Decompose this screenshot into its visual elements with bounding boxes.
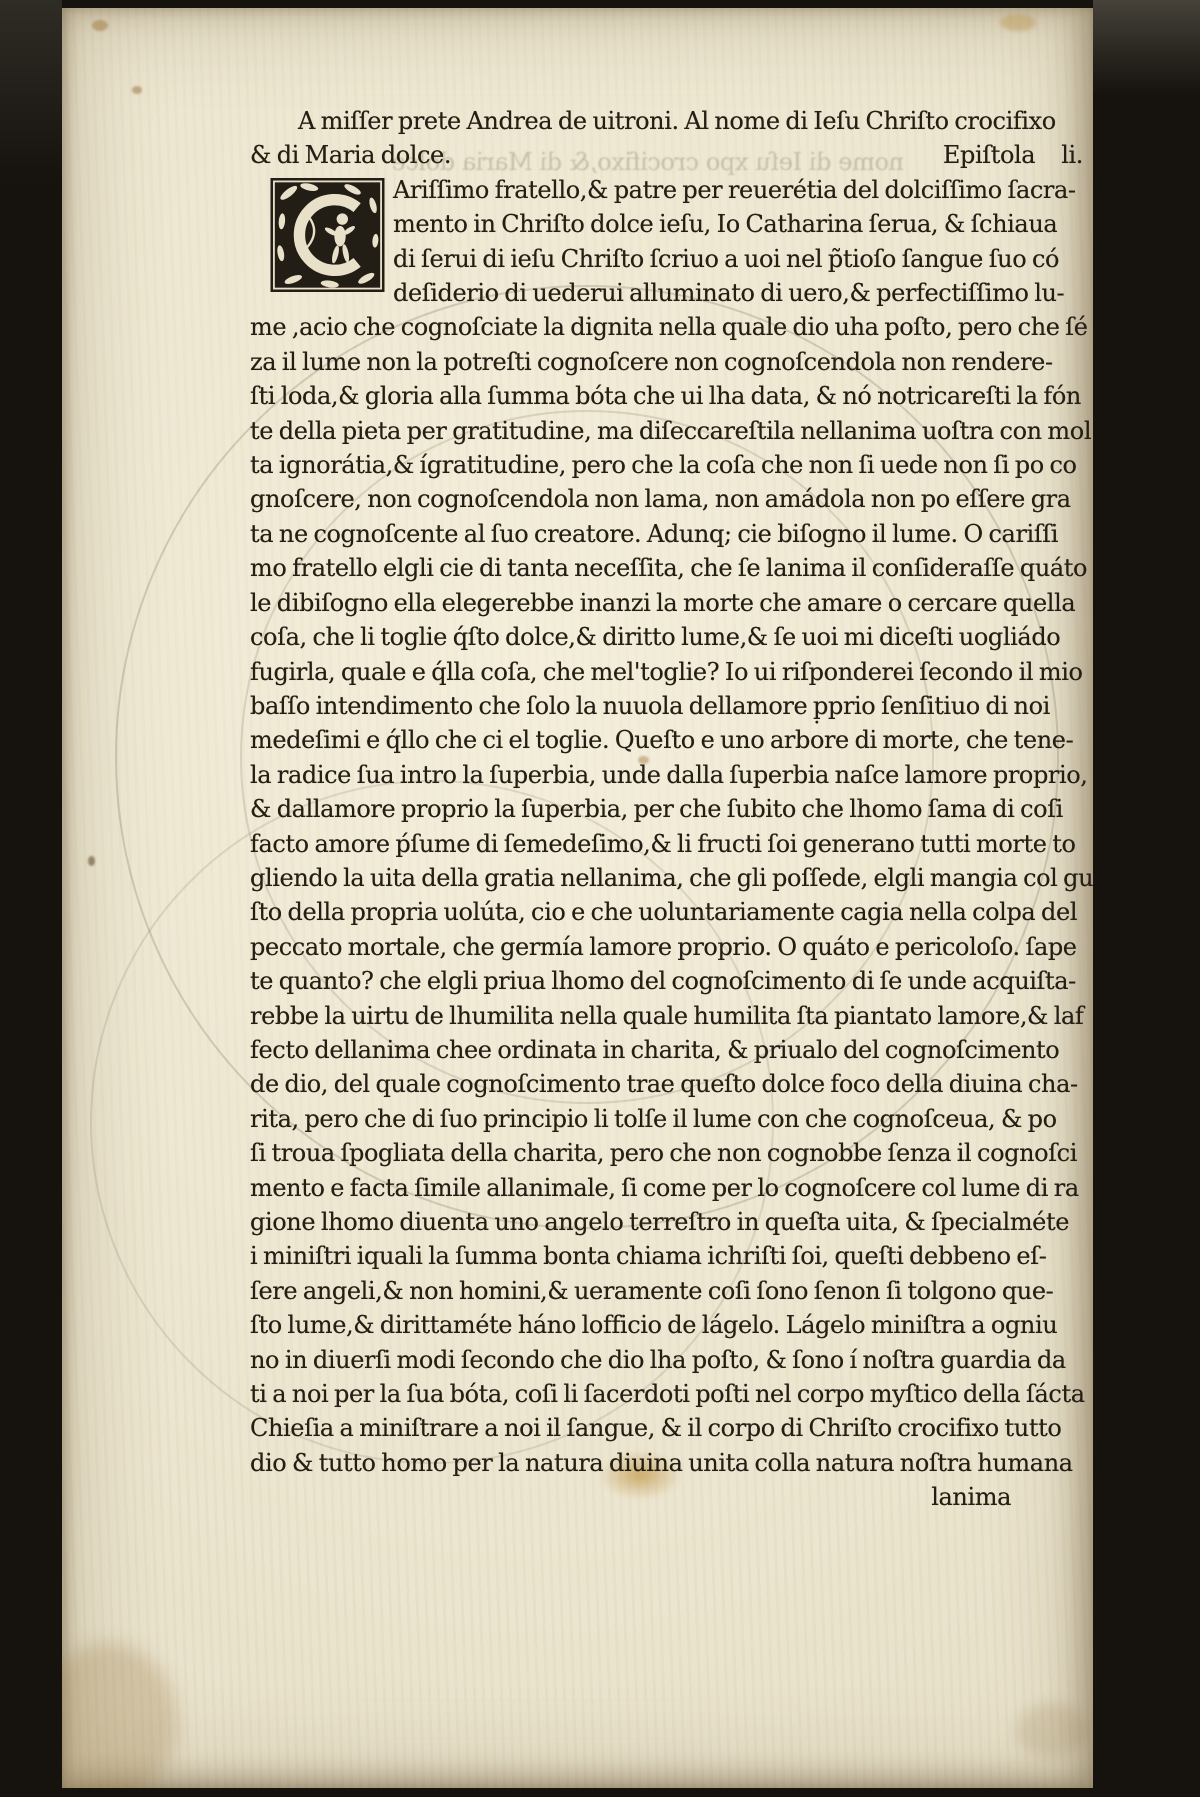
heading-line-1: A miſſer prete Andrea de uitroni. Al nom… [250,104,1093,138]
text-line: peccato mortale, che germía lamore propr… [250,930,1093,964]
text-line: ſto della propria uolúta, cio e che uolu… [250,895,1093,929]
text-line: la radice ſua intro la ſuperbia, unde da… [250,758,1093,792]
book-page: nome di Ieſu xpo crocifixo,& di Maria do… [62,8,1093,1788]
text-line: rita, pero che di ſuo principio li tolſe… [250,1102,1093,1136]
heading-line-2: & di Maria dolce. Epiſtola li. [250,138,1093,172]
text-line: te quanto? che elgli priua lhomo del cog… [250,964,1093,998]
text-line: de dio, del quale cognoſcimento trae que… [250,1067,1093,1101]
epistola-number: li. [1061,138,1083,172]
catchword: lanima [250,1480,1093,1514]
text-line: coſa, che li toglie q́ſto dolce,& diritt… [250,620,1093,654]
text-line: Chieſia a miniſtrare a noi il ſangue, & … [250,1411,1093,1445]
woodcut-initial-icon [270,178,385,292]
stain-bottom-right-corner [1017,1703,1087,1758]
maria-dolce-text: & di Maria dolce. [250,138,451,172]
text-line: ſti loda,& gloria alla ſumma bóta che ui… [250,379,1093,413]
stain-left-edge [88,856,95,866]
text-line: ta ignorátia,& ígratitudine, pero che la… [250,448,1093,482]
text-line: gione lhomo diuenta uno angelo terreſtro… [250,1205,1093,1239]
text-line: le dibiſogno ella elegerebbe inanzi la m… [250,586,1093,620]
text-line: ta ne cognoſcente al ſuo creatore. Adunq… [250,517,1093,551]
text-line: ti a noi per la ſua bóta, coſi li ſacerd… [250,1377,1093,1411]
text-line: ſi troua ſpogliata della charita, pero c… [250,1136,1093,1170]
text-line: te della pieta per gratitudine, ma diſec… [250,414,1093,448]
drop-cap-initial-C [270,178,385,292]
text-line: no in diuerſi modi ſecondo che dio lha p… [250,1343,1093,1377]
body-paragraph: Ariſſimo fratello,& patre per reuerétia … [250,173,1093,1480]
text-line: dio & tutto homo per la natura diuina un… [250,1446,1093,1480]
text-line: fecto dellanima chee ordinata in charita… [250,1033,1093,1067]
text-block: A miſſer prete Andrea de uitroni. Al nom… [250,104,1093,1515]
epistola-rubric: Epiſtola li. [943,138,1083,172]
stain-top-left [92,20,108,31]
text-line: ſto lume,& dirittaméte háno lofficio de … [250,1308,1093,1342]
text-line: baſſo intendimento che ſolo la nuuola de… [250,689,1093,723]
text-line: ſere angeli,& non homini,& ueramente coſ… [250,1274,1093,1308]
text-line: gliendo la uita della gratia nellanima, … [250,861,1093,895]
text-line: i miniſtri iquali la ſumma bonta chiama … [250,1239,1093,1273]
text-line: me ,acio che cognoſciate la dignita nell… [250,310,1093,344]
stain-bottom-left-corner [62,1643,177,1788]
stain-top-left-small [132,86,142,94]
text-line: rebbe la uirtu de lhumilita nella quale … [250,999,1093,1033]
epistola-label: Epiſtola [943,138,1035,172]
text-line: facto amore ṕſume di ſemedeſimo,& li fru… [250,827,1093,861]
text-line: mo fratello elgli cie di tanta neceſſita… [250,551,1093,585]
text-line: fugirla, quale e q́lla coſa, che mel'tog… [250,655,1093,689]
text-line: gnoſcere, non cognoſcendola non lama, no… [250,482,1093,516]
scanner-background-left [0,0,62,180]
scanner-background-top-right [1093,0,1200,95]
text-line: za il lume non la potreſti cognoſcere no… [250,345,1093,379]
stain-top-right [1000,14,1036,31]
text-line: mento e facta ſimile allanimale, ſi come… [250,1171,1093,1205]
text-line: medeſimi e q́llo che ci el toglie. Queſt… [250,723,1093,757]
text-line: & dallamore proprio la ſuperbia, per che… [250,792,1093,826]
